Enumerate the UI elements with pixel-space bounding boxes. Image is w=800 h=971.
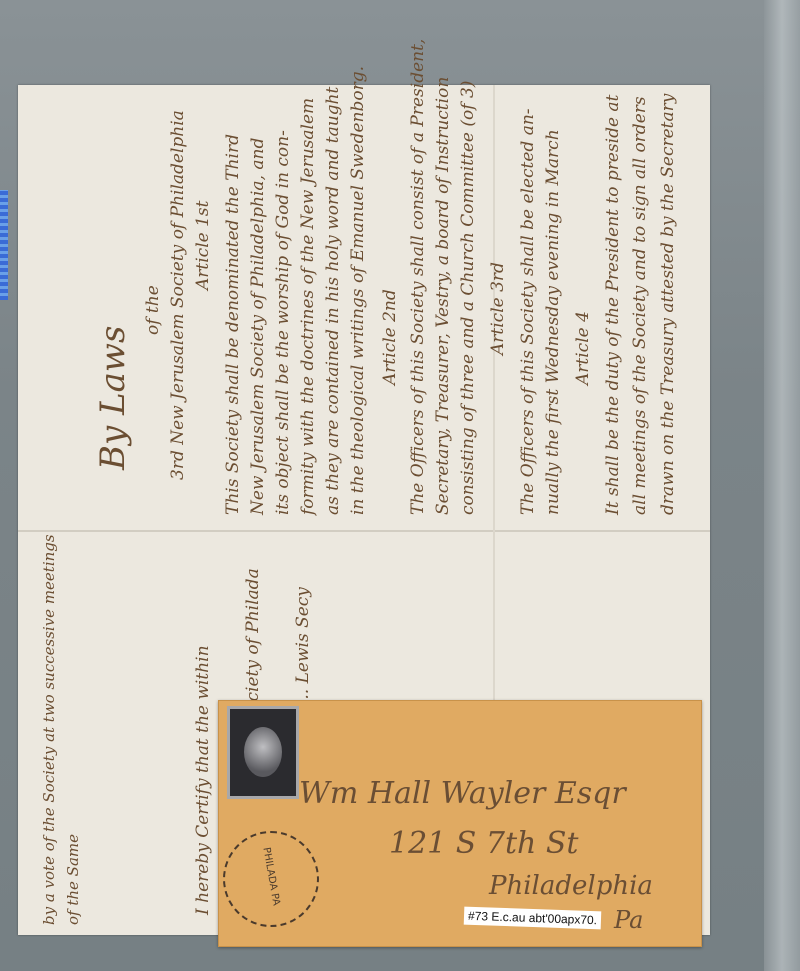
- article-line: The Officers of this Society shall consi…: [408, 39, 428, 515]
- catalog-label: #73 E.c.au abt'00apx70.: [464, 907, 602, 930]
- article-line: Secretary, Treasurer, Vestry, a board of…: [433, 77, 453, 515]
- address-line: Philadelphia: [489, 871, 653, 901]
- margin-note: of the Same: [64, 834, 82, 925]
- address-line: Wm Hall Wayler Esqr: [299, 776, 626, 811]
- article-heading: Article 2nd: [380, 289, 400, 385]
- letter-title: By Laws: [93, 326, 133, 470]
- article-line: formity with the doctrines of the New Je…: [298, 98, 318, 515]
- article-line: It shall be the duty of the President to…: [603, 95, 623, 515]
- article-heading: Article 1st: [193, 201, 213, 290]
- sleeve-edge: [764, 0, 800, 971]
- article-line: This Society shall be denominated the Th…: [223, 134, 243, 515]
- article-line: nually the first Wednesday evening in Ma…: [543, 129, 563, 515]
- certification-line: I hereby Certify that the within: [193, 645, 213, 915]
- article-line: consisting of three and a Church Committ…: [458, 81, 478, 515]
- article-line: The Officers of this Society shall be el…: [518, 108, 538, 515]
- postmark: PHILADA PA: [223, 831, 319, 927]
- article-line: in the theological writings of Emanuel S…: [348, 66, 368, 515]
- address-line: Pa: [614, 906, 643, 934]
- address-line: 121 S 7th St: [389, 826, 579, 861]
- envelope: PHILADA PA Wm Hall Wayler Esqr 121 S 7th…: [218, 700, 702, 947]
- certification-line: ... Lewis Secy: [293, 587, 313, 705]
- article-heading: Article 4: [573, 311, 593, 385]
- article-line: all meetings of the Society and to sign …: [630, 96, 650, 515]
- article-heading: Article 3rd: [488, 262, 508, 355]
- article-line: drawn on the Treasury attested by the Se…: [658, 94, 678, 515]
- letter-subtitle: of the: [143, 285, 163, 335]
- stamp-portrait: [244, 727, 282, 777]
- fold-line: [18, 530, 710, 532]
- article-line: New Jerusalem Society of Philadelphia, a…: [248, 138, 268, 515]
- postage-stamp: [227, 706, 299, 799]
- society-name: 3rd New Jerusalem Society of Philadelphi…: [168, 110, 188, 480]
- article-line: as they are contained in his holy word a…: [323, 87, 343, 515]
- margin-note: by a vote of the Society at two successi…: [40, 534, 58, 925]
- album-strip: [0, 190, 8, 300]
- article-line: its object shall be the worship of God i…: [273, 130, 293, 515]
